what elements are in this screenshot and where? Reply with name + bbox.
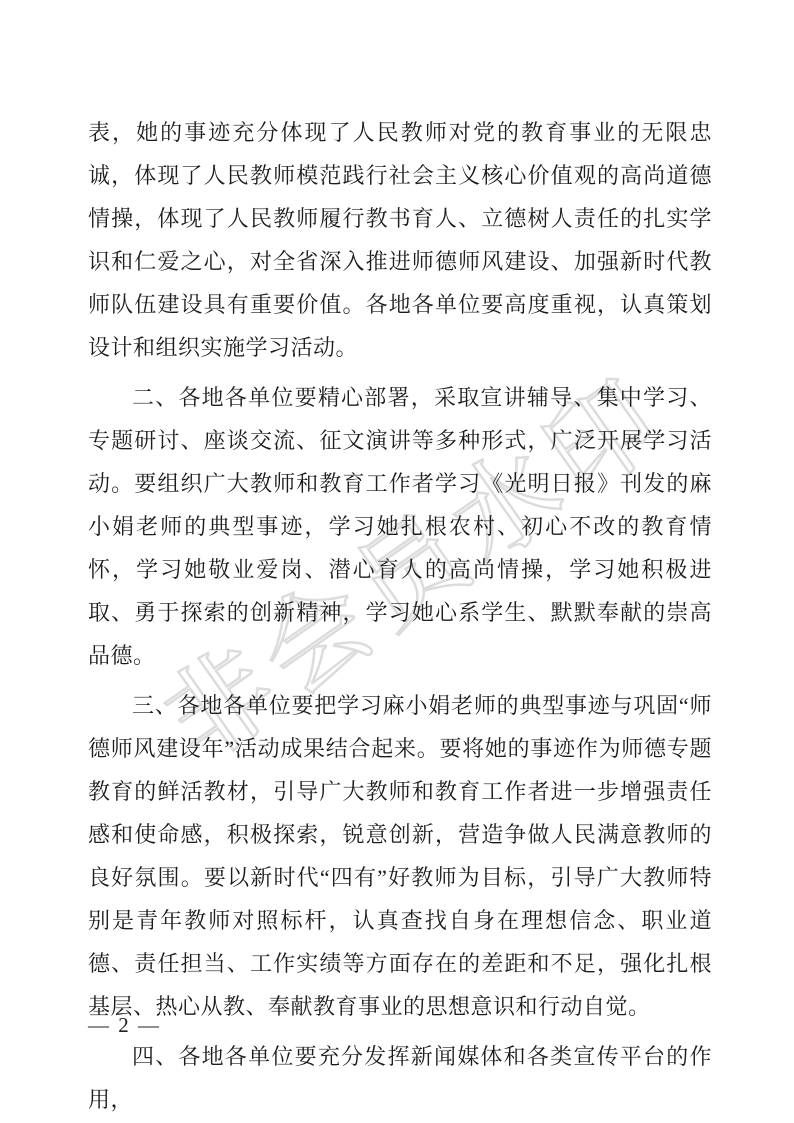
document-page: 非会员水印 表，她的事迹充分体现了人民教师对党的教育事业的无限忠诚，体现了人民教… xyxy=(0,0,794,1123)
paragraph-item-4: 四、各地各单位要充分发挥新闻媒体和各类宣传平台的作用， xyxy=(88,1035,712,1121)
paragraph-continuation: 表，她的事迹充分体现了人民教师对党的教育事业的无限忠诚，体现了人民教师模范践行社… xyxy=(88,111,712,369)
document-body: 表，她的事迹充分体现了人民教师对党的教育事业的无限忠诚，体现了人民教师模范践行社… xyxy=(88,111,712,1123)
paragraph-item-3: 三、各地各单位要把学习麻小娟老师的典型事迹与巩固“师德师风建设年”活动成果结合起… xyxy=(88,684,712,1028)
page-footer: — 2 — xyxy=(88,1013,161,1038)
page-number: — 2 — xyxy=(88,1013,161,1037)
paragraph-item-2: 二、各地各单位要精心部署，采取宣讲辅导、集中学习、专题研讨、座谈交流、征文演讲等… xyxy=(88,376,712,677)
